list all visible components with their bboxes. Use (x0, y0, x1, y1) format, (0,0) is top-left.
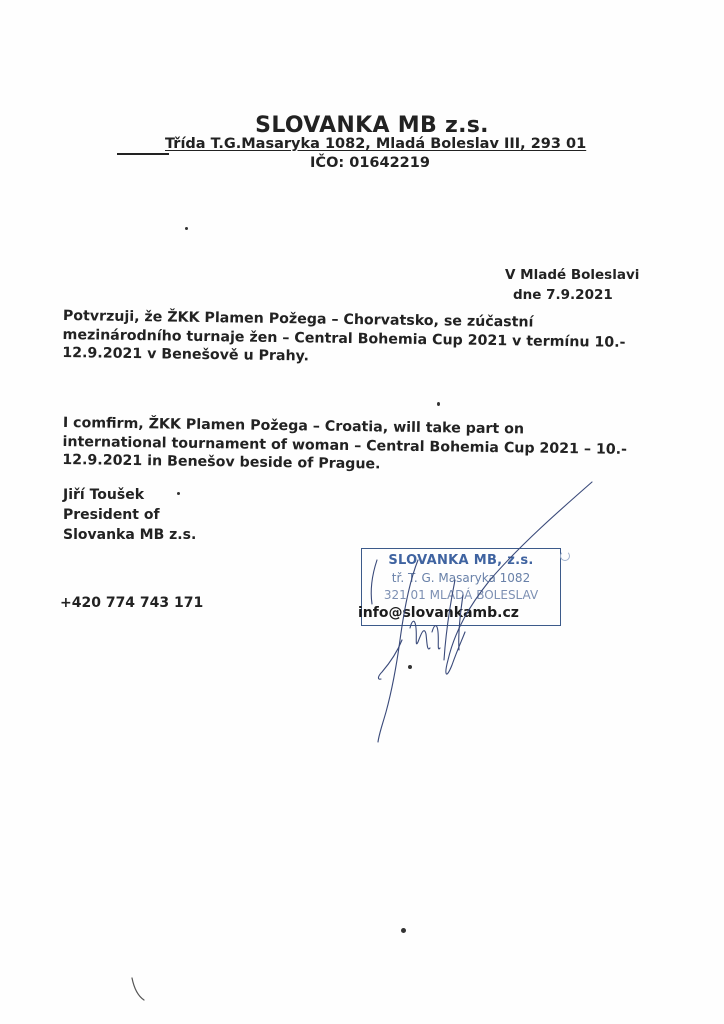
letterhead-organization: SLOVANKA MB z.s. (0, 113, 724, 138)
document-page: SLOVANKA MB z.s. Třída T.G.Masaryka 1082… (0, 0, 724, 1024)
letterhead-ico: IČO: 01642219 (0, 155, 724, 171)
paragraph-english: I comfirm, ŽKK Plamen Požega – Croatia, … (62, 414, 703, 478)
signatory-organization: Slovanka MB z.s. (63, 525, 196, 545)
scan-speck (437, 402, 440, 406)
signatory-name: Jiří Toušek (63, 485, 196, 505)
stamp-line-3: 321 01 MLADÁ BOLESLAV (362, 588, 560, 602)
letterhead-address: Třída T.G.Masaryka 1082, Mladá Boleslav … (165, 136, 586, 152)
stamp-ring-mark (560, 551, 570, 561)
stamp-line-1: SLOVANKA MB, z.s. (362, 553, 560, 568)
scan-speck (177, 492, 180, 495)
stamp-line-2: tř. T. G. Masaryka 1082 (362, 571, 560, 585)
date: dne 7.9.2021 (505, 285, 639, 305)
scan-speck (401, 928, 406, 933)
place-date: V Mladé Boleslavi dne 7.9.2021 (505, 265, 639, 305)
scan-speck (408, 665, 412, 669)
paragraph-czech: Potvrzuji, že ŽKK Plamen Požega – Chorva… (62, 307, 703, 371)
contact-email: info@slovankamb.cz (358, 605, 519, 621)
place: V Mladé Boleslavi (505, 267, 639, 283)
contact-phone: +420 774 743 171 (60, 595, 203, 611)
scan-speck (185, 227, 188, 230)
signatory-role: President of (63, 505, 196, 525)
